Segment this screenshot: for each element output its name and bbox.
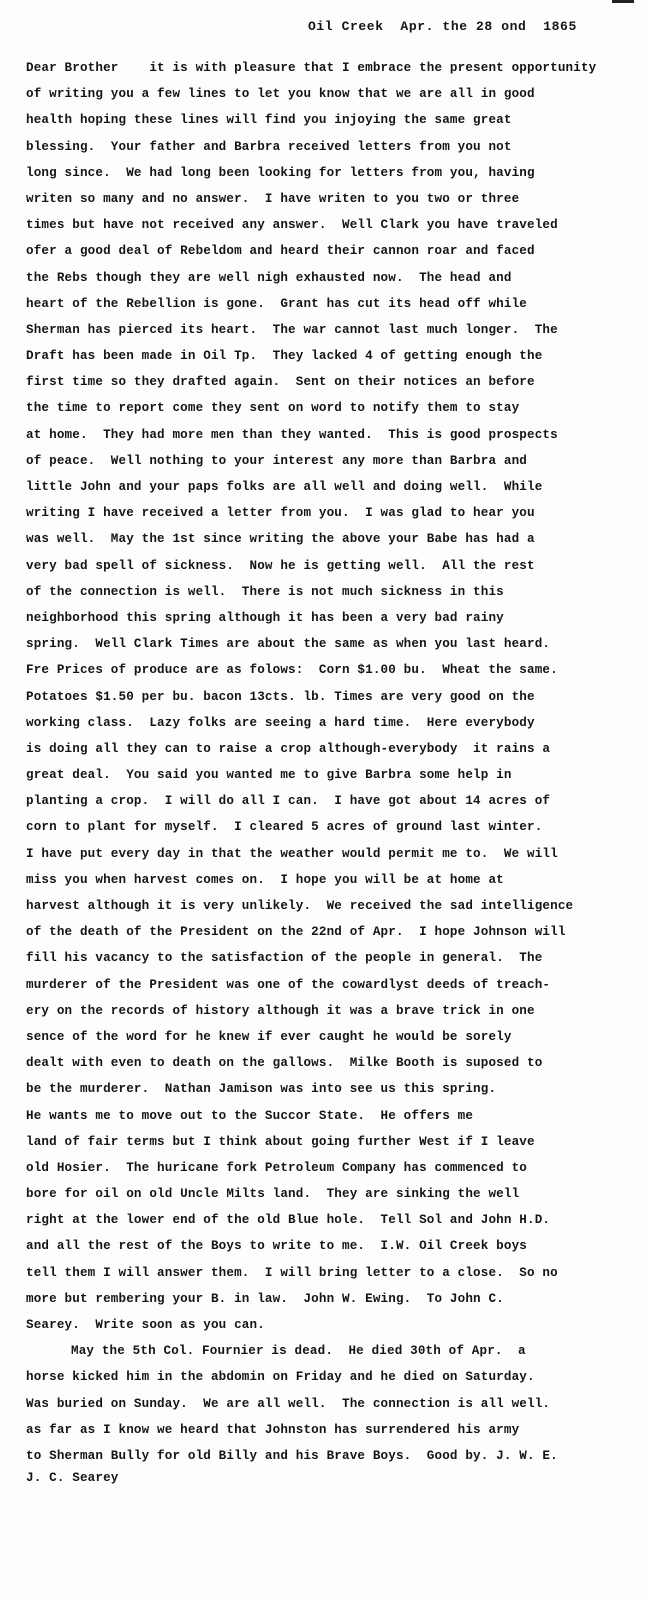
letter-line: miss you when harvest comes on. I hope y…	[26, 867, 646, 893]
letter-line: old Hosier. The huricane fork Petroleum …	[26, 1155, 646, 1181]
letter-line: great deal. You said you wanted me to gi…	[26, 762, 646, 788]
letter-line: sence of the word for he knew if ever ca…	[26, 1024, 646, 1050]
letter-line: times but have not received any answer. …	[26, 212, 646, 238]
letter-line: the Rebs though they are well nigh exhau…	[26, 265, 646, 291]
letter-line: He wants me to move out to the Succor St…	[26, 1103, 646, 1129]
letter-line: was well. May the 1st since writing the …	[26, 526, 646, 552]
letter-line: tell them I will answer them. I will bri…	[26, 1260, 646, 1286]
letter-line: very bad spell of sickness. Now he is ge…	[26, 553, 646, 579]
letter-line: dealt with even to death on the gallows.…	[26, 1050, 646, 1076]
letter-line: working class. Lazy folks are seeing a h…	[26, 710, 646, 736]
letter-page: Oil Creek Apr. the 28 ond 1865 Dear Brot…	[0, 0, 650, 1601]
letter-line: Was buried on Sunday. We are all well. T…	[26, 1391, 646, 1417]
letter-line: health hoping these lines will find you …	[26, 107, 646, 133]
letter-line: neighborhood this spring although it has…	[26, 605, 646, 631]
letter-line: the time to report come they sent on wor…	[26, 395, 646, 421]
letter-line: long since. We had long been looking for…	[26, 160, 646, 186]
letter-line: at home. They had more men than they wan…	[26, 422, 646, 448]
letter-line: planting a crop. I will do all I can. I …	[26, 788, 646, 814]
letter-line: and all the rest of the Boys to write to…	[26, 1233, 646, 1259]
letter-line: blessing. Your father and Barbra receive…	[26, 134, 646, 160]
letter-line: Dear Brother it is with pleasure that I …	[26, 55, 646, 81]
letter-line: fill his vacancy to the satisfaction of …	[26, 945, 646, 971]
letter-line: J. C. Searey	[26, 1469, 646, 1488]
letter-line: heart of the Rebellion is gone. Grant ha…	[26, 291, 646, 317]
letter-line: May the 5th Col. Fournier is dead. He di…	[26, 1338, 646, 1364]
letter-line: ery on the records of history although i…	[26, 998, 646, 1024]
letter-line: is doing all they can to raise a crop al…	[26, 736, 646, 762]
letter-line: Sherman has pierced its heart. The war c…	[26, 317, 646, 343]
letter-line: horse kicked him in the abdomin on Frida…	[26, 1364, 646, 1390]
letter-line: spring. Well Clark Times are about the s…	[26, 631, 646, 657]
letter-line: Potatoes $1.50 per bu. bacon 13cts. lb. …	[26, 684, 646, 710]
letter-line: writen so many and no answer. I have wri…	[26, 186, 646, 212]
letter-body: Dear Brother it is with pleasure that I …	[26, 55, 646, 1488]
corner-mark	[612, 0, 634, 3]
letter-line: of peace. Well nothing to your interest …	[26, 448, 646, 474]
letter-line: I have put every day in that the weather…	[26, 841, 646, 867]
letter-line: Draft has been made in Oil Tp. They lack…	[26, 343, 646, 369]
letter-line: harvest although it is very unlikely. We…	[26, 893, 646, 919]
letter-line: little John and your paps folks are all …	[26, 474, 646, 500]
letter-line: murderer of the President was one of the…	[26, 972, 646, 998]
letter-line: first time so they drafted again. Sent o…	[26, 369, 646, 395]
letter-line: bore for oil on old Uncle Milts land. Th…	[26, 1181, 646, 1207]
letter-line: as far as I know we heard that Johnston …	[26, 1417, 646, 1443]
letter-line: right at the lower end of the old Blue h…	[26, 1207, 646, 1233]
letter-line: of writing you a few lines to let you kn…	[26, 81, 646, 107]
letter-line: of the death of the President on the 22n…	[26, 919, 646, 945]
letter-line: land of fair terms but I think about goi…	[26, 1129, 646, 1155]
letter-line: ofer a good deal of Rebeldom and heard t…	[26, 238, 646, 264]
letter-line: writing I have received a letter from yo…	[26, 500, 646, 526]
letter-line: corn to plant for myself. I cleared 5 ac…	[26, 814, 646, 840]
letter-line: Fre Prices of produce are as folows: Cor…	[26, 657, 646, 683]
letter-line: Searey. Write soon as you can.	[26, 1312, 646, 1338]
letter-line: of the connection is well. There is not …	[26, 579, 646, 605]
letter-dateline: Oil Creek Apr. the 28 ond 1865	[308, 19, 577, 34]
letter-line: to Sherman Bully for old Billy and his B…	[26, 1443, 646, 1469]
letter-line: be the murderer. Nathan Jamison was into…	[26, 1076, 646, 1102]
letter-line: more but rembering your B. in law. John …	[26, 1286, 646, 1312]
